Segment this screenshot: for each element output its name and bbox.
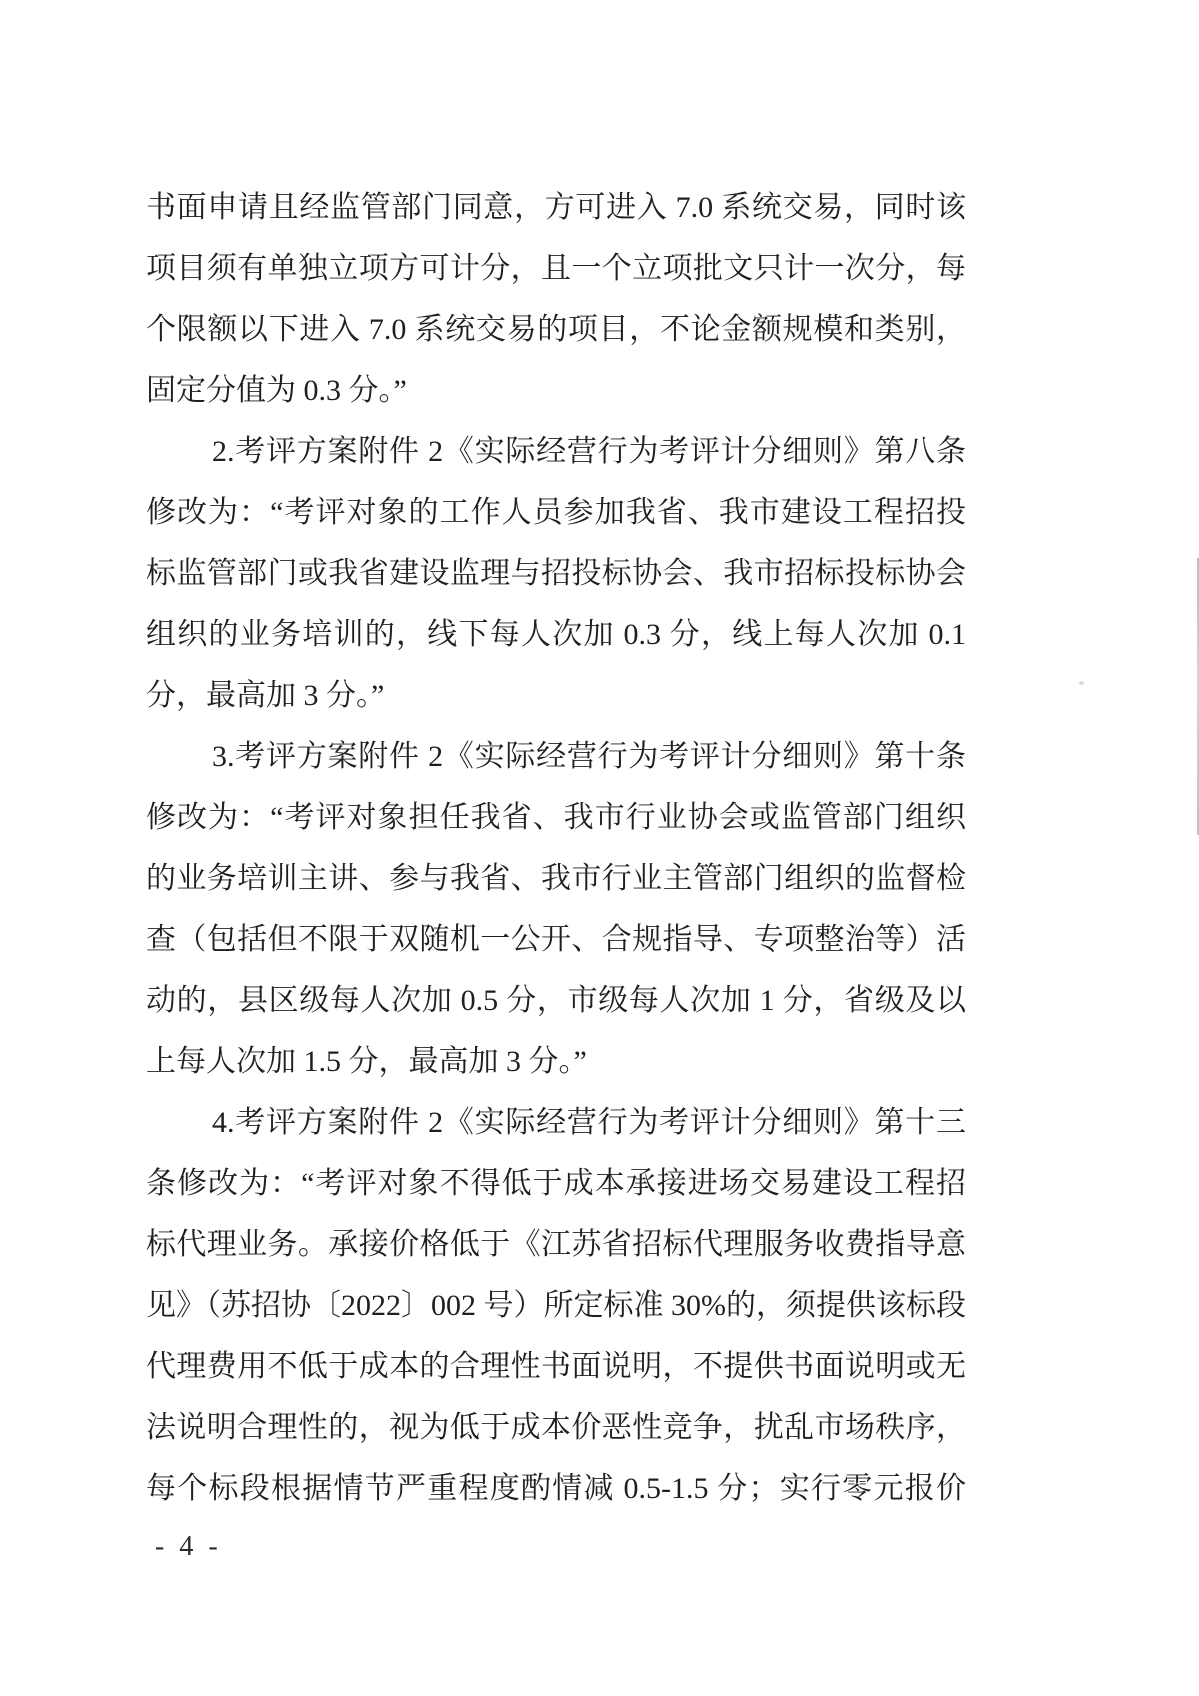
text-block: 书面申请且经监管部门同意，方可进入 7.0 系统交易，同时该项目须有单独立项方可… <box>146 177 966 1519</box>
document-line: 的业务培训主讲、参与我省、我市行业主管部门组织的监督检 <box>146 848 966 909</box>
document-line: 项目须有单独立项方可计分，且一个立项批文只计一次分，每 <box>146 238 966 299</box>
document-page: 书面申请且经监管部门同意，方可进入 7.0 系统交易，同时该项目须有单独立项方可… <box>0 0 1199 1696</box>
document-line: 修改为：“考评对象担任我省、我市行业协会或监管部门组织 <box>146 787 966 848</box>
document-line: 条修改为：“考评对象不得低于成本承接进场交易建设工程招 <box>146 1153 966 1214</box>
document-line: 查（包括但不限于双随机一公开、合规指导、专项整治等）活 <box>146 909 966 970</box>
document-line: 4.考评方案附件 2《实际经营行为考评计分细则》第十三 <box>146 1092 966 1153</box>
document-line: 组织的业务培训的，线下每人次加 0.3 分，线上每人次加 0.1 <box>146 604 966 665</box>
document-line: 见》（苏招协〔2022〕002 号）所定标准 30%的，须提供该标段 <box>146 1275 966 1336</box>
document-line: 标代理业务。承接价格低于《江苏省招标代理服务收费指导意 <box>146 1214 966 1275</box>
document-line: 代理费用不低于成本的合理性书面说明，不提供书面说明或无 <box>146 1336 966 1397</box>
document-line: 动的，县区级每人次加 0.5 分，市级每人次加 1 分，省级及以 <box>146 970 966 1031</box>
document-line: 个限额以下进入 7.0 系统交易的项目，不论金额规模和类别， <box>146 299 966 360</box>
document-line: 3.考评方案附件 2《实际经营行为考评计分细则》第十条 <box>146 726 966 787</box>
scan-artifact-speck <box>1079 681 1084 685</box>
document-line: 固定分值为 0.3 分。” <box>146 360 966 421</box>
document-line: 书面申请且经监管部门同意，方可进入 7.0 系统交易，同时该 <box>146 177 966 238</box>
page-number: - 4 - <box>155 1530 222 1564</box>
document-line: 标监管部门或我省建设监理与招投标协会、我市招标投标协会 <box>146 543 966 604</box>
document-line: 分，最高加 3 分。” <box>146 665 966 726</box>
document-line: 法说明合理性的，视为低于成本价恶性竞争，扰乱市场秩序， <box>146 1397 966 1458</box>
document-line: 上每人次加 1.5 分，最高加 3 分。” <box>146 1031 966 1092</box>
document-line: 每个标段根据情节严重程度酌情减 0.5-1.5 分；实行零元报价 <box>146 1458 966 1519</box>
document-line: 修改为：“考评对象的工作人员参加我省、我市建设工程招投 <box>146 482 966 543</box>
document-line: 2.考评方案附件 2《实际经营行为考评计分细则》第八条 <box>146 421 966 482</box>
